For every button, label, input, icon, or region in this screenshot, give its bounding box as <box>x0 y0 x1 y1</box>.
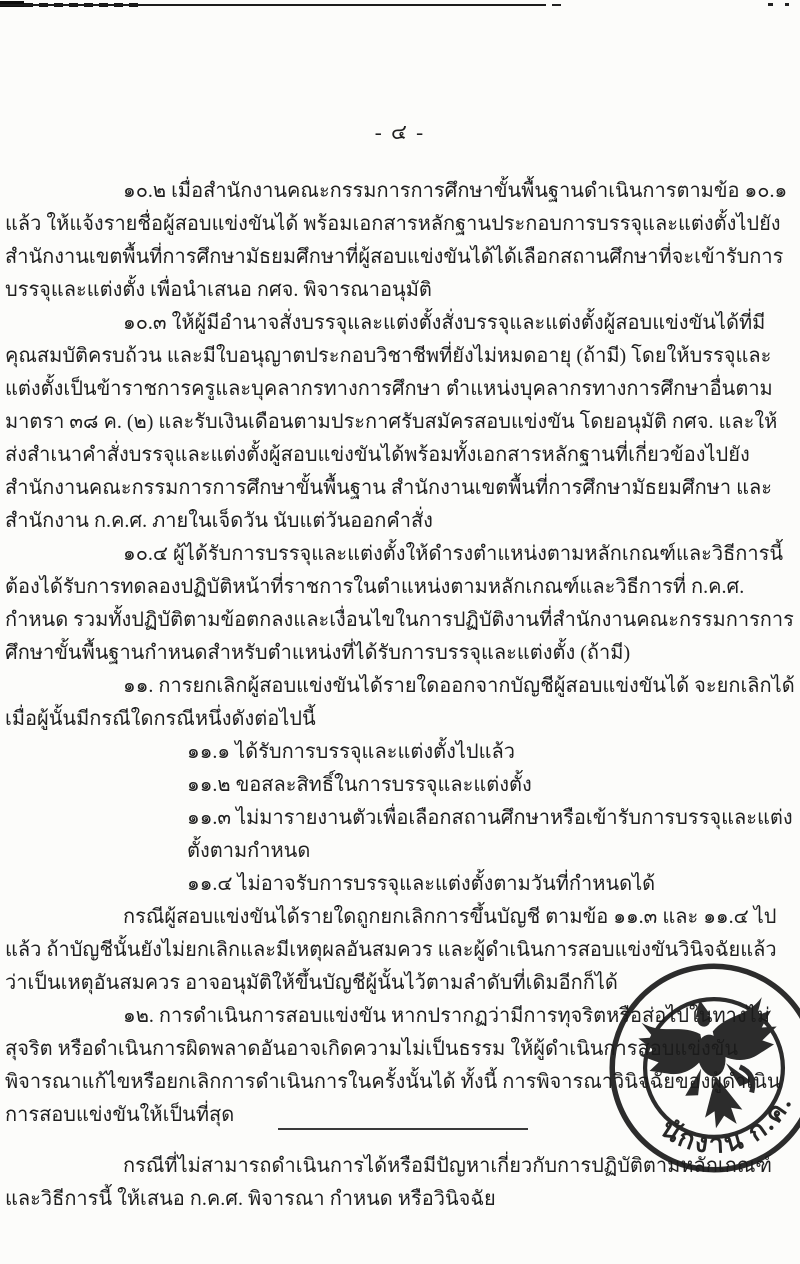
clause-11-3-item: ๑๑.๓ ไม่มารายงานตัวเพื่อเลือกสถานศึกษาหร… <box>187 802 795 868</box>
clause-10-2-paragraph: ๑๐.๒ เมื่อสำนักงานคณะกรรมการการศึกษาขั้น… <box>5 175 795 307</box>
clause-10-4-paragraph: ๑๐.๔ ผู้ได้รับการบรรจุและแต่งตั้งให้ดำรง… <box>5 538 795 670</box>
scanned-document-page: - ๔ - ๑๐.๒ เมื่อสำนักงานคณะกรรมการการศึก… <box>0 0 800 1264</box>
clause-11-paragraph: ๑๑. การยกเลิกผู้สอบแข่งขันได้รายใดออกจาก… <box>5 670 795 736</box>
clause-11-1-item: ๑๑.๑ ได้รับการบรรจุและแต่งตั้งไปแล้ว <box>187 736 795 769</box>
clause-10-3-paragraph: ๑๐.๓ ให้ผู้มีอำนาจสั่งบรรจุและแต่งตั้งสั… <box>5 307 795 538</box>
clause-11-2-item: ๑๑.๒ ขอสละสิทธิ์ในการบรรจุและแต่งตั้ง <box>187 769 795 802</box>
page-number: - ๔ - <box>5 116 795 149</box>
clause-11-4-item: ๑๑.๔ ไม่อาจรับการบรรจุและแต่งตั้งตามวันท… <box>187 868 795 901</box>
section-divider <box>278 1128 528 1130</box>
